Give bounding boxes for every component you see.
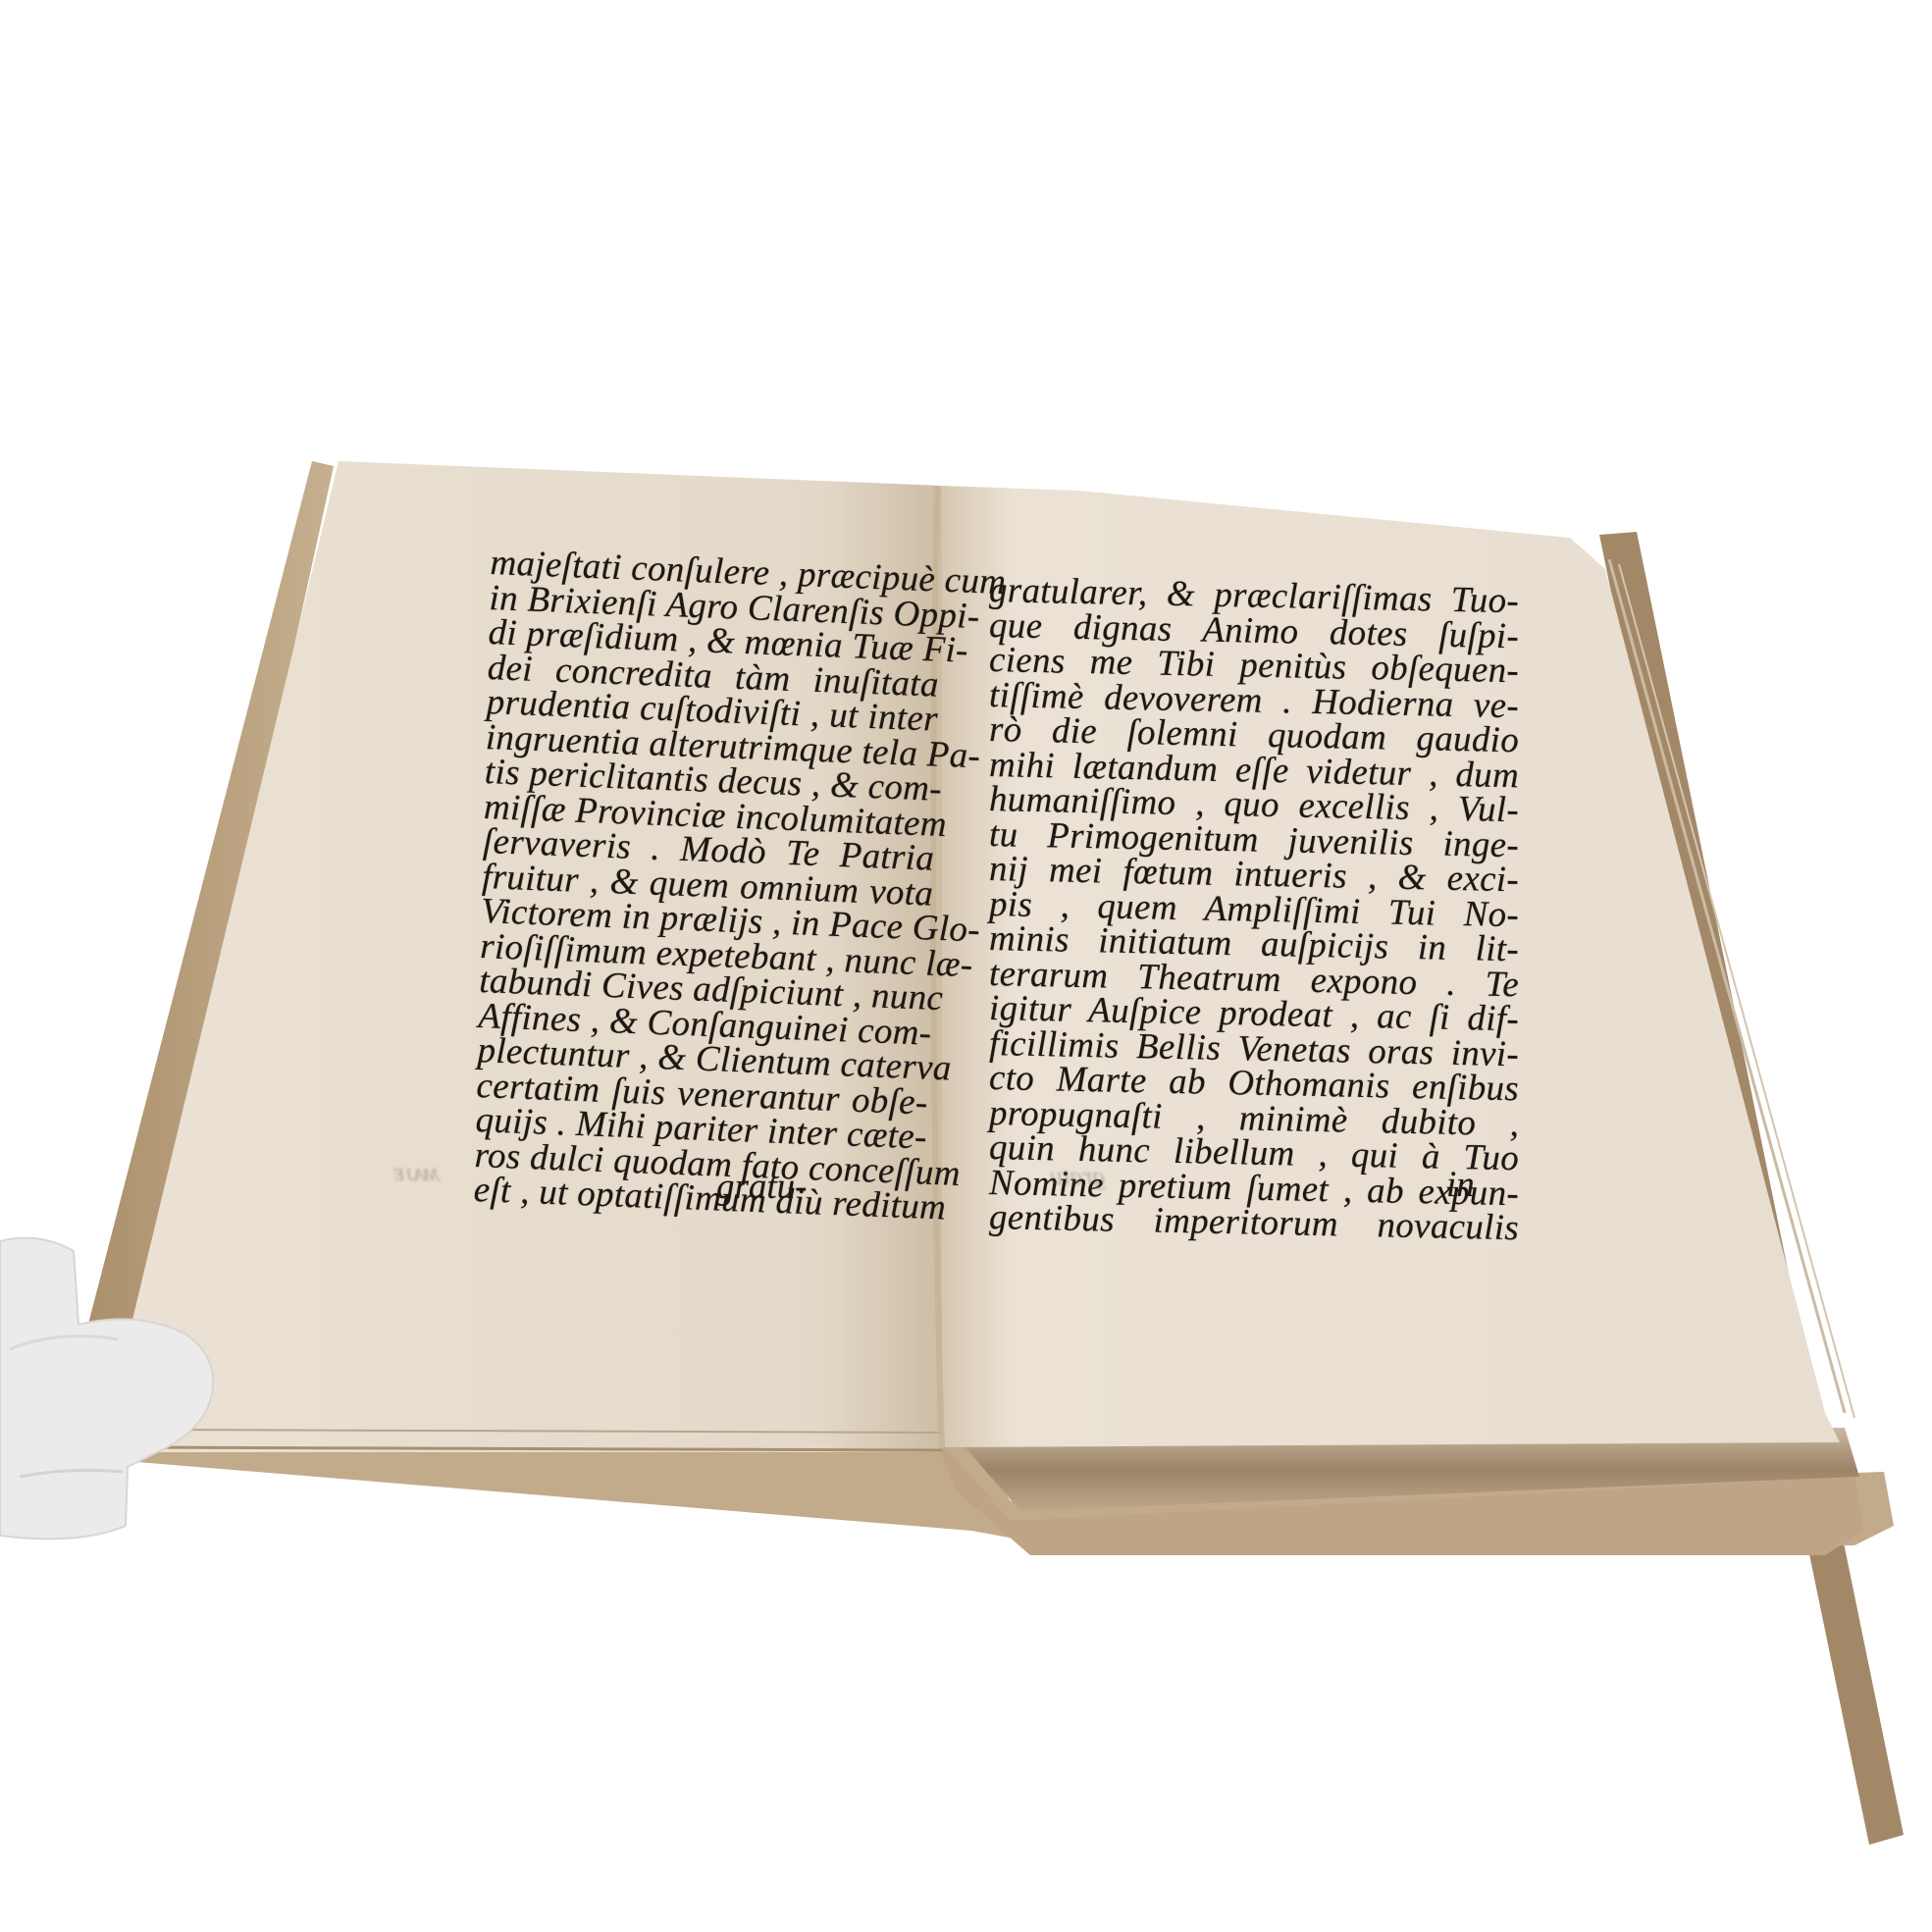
bleed-through-mark-right: gratu [1050, 1162, 1105, 1191]
catchword-left: gratu- [716, 1166, 808, 1208]
catchword-right: in [1446, 1164, 1475, 1206]
right-page-text: gratularer, & præclariſſimas Tuo- que di… [989, 573, 1519, 1246]
book-photo-scene: majeſtati conſulere , præcipuè cum in Br… [0, 0, 1932, 1932]
bleed-through-mark-left: ᴍᴀᴊᴇ [394, 1158, 440, 1187]
white-glove-hand [0, 1231, 226, 1545]
left-page-text: majeſtati conſulere , præcipuè cum in Br… [473, 546, 942, 1225]
